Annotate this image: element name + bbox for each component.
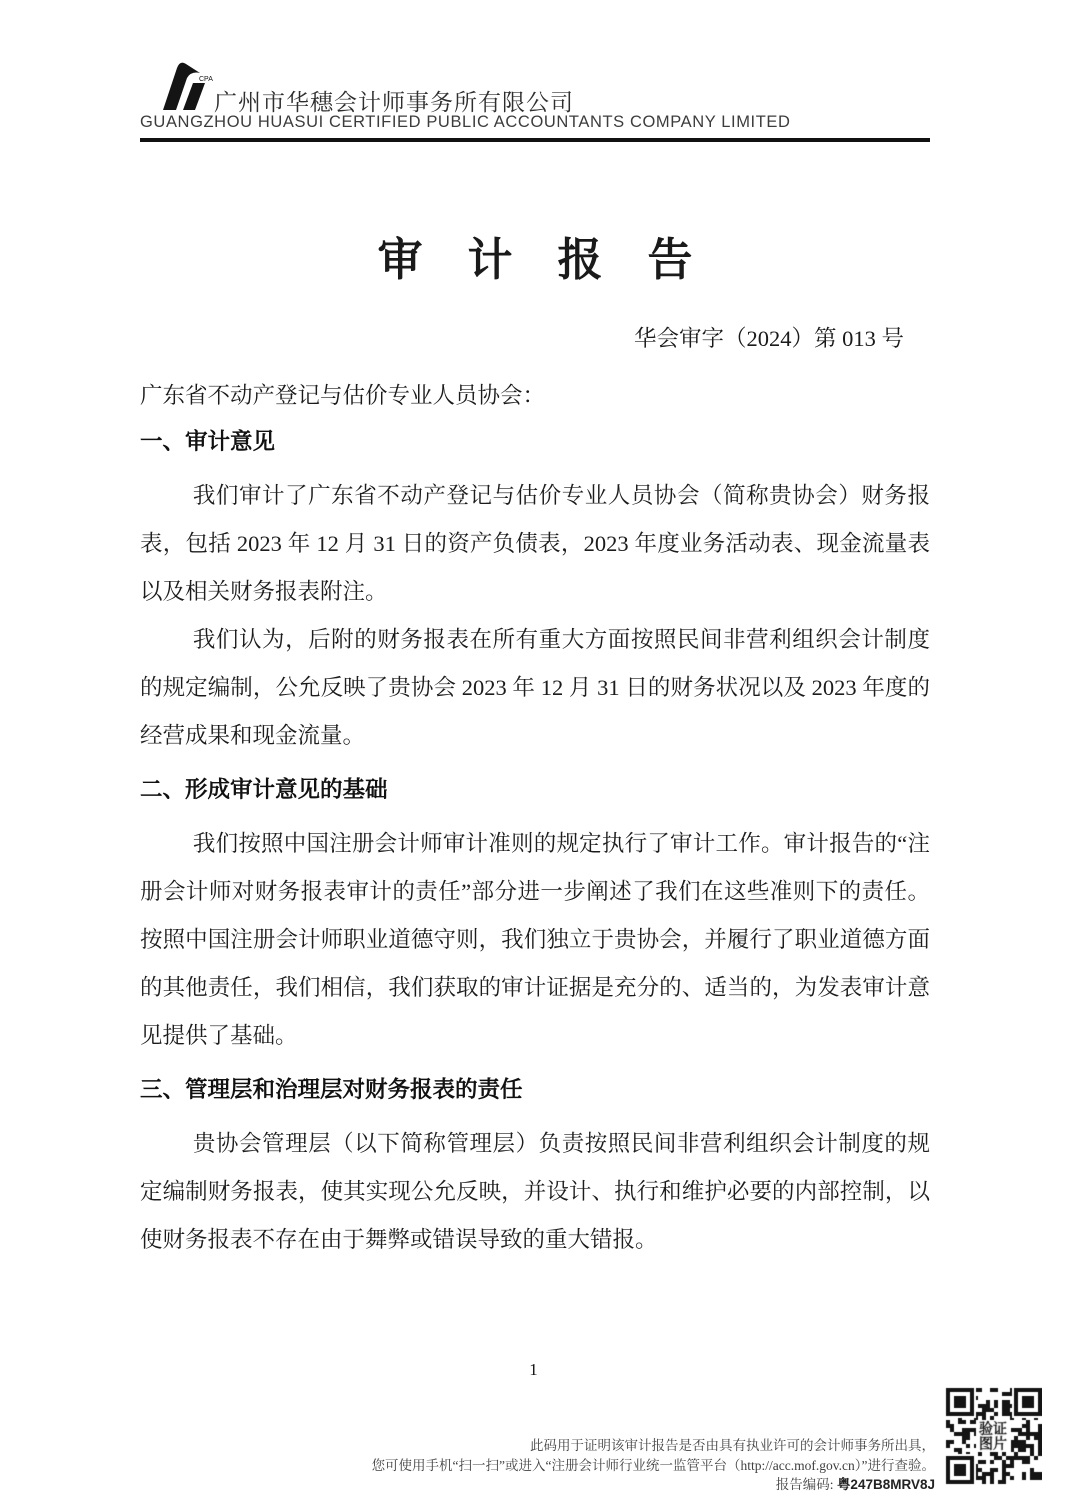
section-heading-basis-for-opinion: 二、形成审计意见的基础 bbox=[140, 775, 930, 805]
audit-report-page: CPA 广州市华穗会计师事务所有限公司 GUANGZHOU HUASUI CER… bbox=[0, 0, 1067, 1508]
reference-number: 华会审字（2024）第 013 号 bbox=[140, 324, 930, 354]
report-code: 粤247B8MRV8J bbox=[837, 1477, 935, 1492]
paragraph: 我们按照中国注册会计师审计准则的规定执行了审计工作。审计报告的“注册会计师对财务… bbox=[140, 820, 930, 1060]
verification-note-line-2: 您可使用手机“扫一扫”或进入“注册会计师行业统一监管平台（http://acc.… bbox=[295, 1456, 935, 1476]
addressee-line: 广东省不动产登记与估价专业人员协会： bbox=[140, 380, 930, 412]
logo-cpa-text: CPA bbox=[199, 76, 213, 83]
section-heading-management-responsibility: 三、管理层和治理层对财务报表的责任 bbox=[140, 1075, 930, 1105]
letterhead: CPA 广州市华穗会计师事务所有限公司 GUANGZHOU HUASUI CER… bbox=[140, 58, 930, 142]
report-code-line: 报告编码: 粤247B8MRV8J bbox=[295, 1475, 935, 1495]
report-code-label: 报告编码: bbox=[776, 1477, 837, 1492]
section-heading-audit-opinion: 一、审计意见 bbox=[140, 427, 930, 457]
verification-note-line-1: 此码用于证明该审计报告是否由具有执业许可的会计师事务所出具， bbox=[295, 1436, 935, 1456]
report-body: 审 计 报 告 华会审字（2024）第 013 号 广东省不动产登记与估价专业人… bbox=[140, 142, 930, 1264]
verification-qr-code-icon bbox=[945, 1387, 1042, 1490]
page-number: 1 bbox=[0, 1360, 1067, 1380]
paragraph: 我们认为，后附的财务报表在所有重大方面按照民间非营利组织会计制度的规定编制，公允… bbox=[140, 616, 930, 760]
verification-note: 此码用于证明该审计报告是否由具有执业许可的会计师事务所出具， 您可使用手机“扫一… bbox=[295, 1436, 935, 1495]
verification-qr-container bbox=[945, 1387, 1042, 1490]
company-name-english: GUANGZHOU HUASUI CERTIFIED PUBLIC ACCOUN… bbox=[140, 113, 791, 132]
paragraph: 贵协会管理层（以下简称管理层）负责按照民间非营利组织会计制度的规定编制财务报表，… bbox=[140, 1120, 930, 1264]
document-title: 审 计 报 告 bbox=[140, 230, 930, 290]
paragraph: 我们审计了广东省不动产登记与估价专业人员协会（简称贵协会）财务报表，包括 202… bbox=[140, 472, 930, 616]
huasui-cpa-logo-icon: CPA bbox=[155, 58, 219, 114]
